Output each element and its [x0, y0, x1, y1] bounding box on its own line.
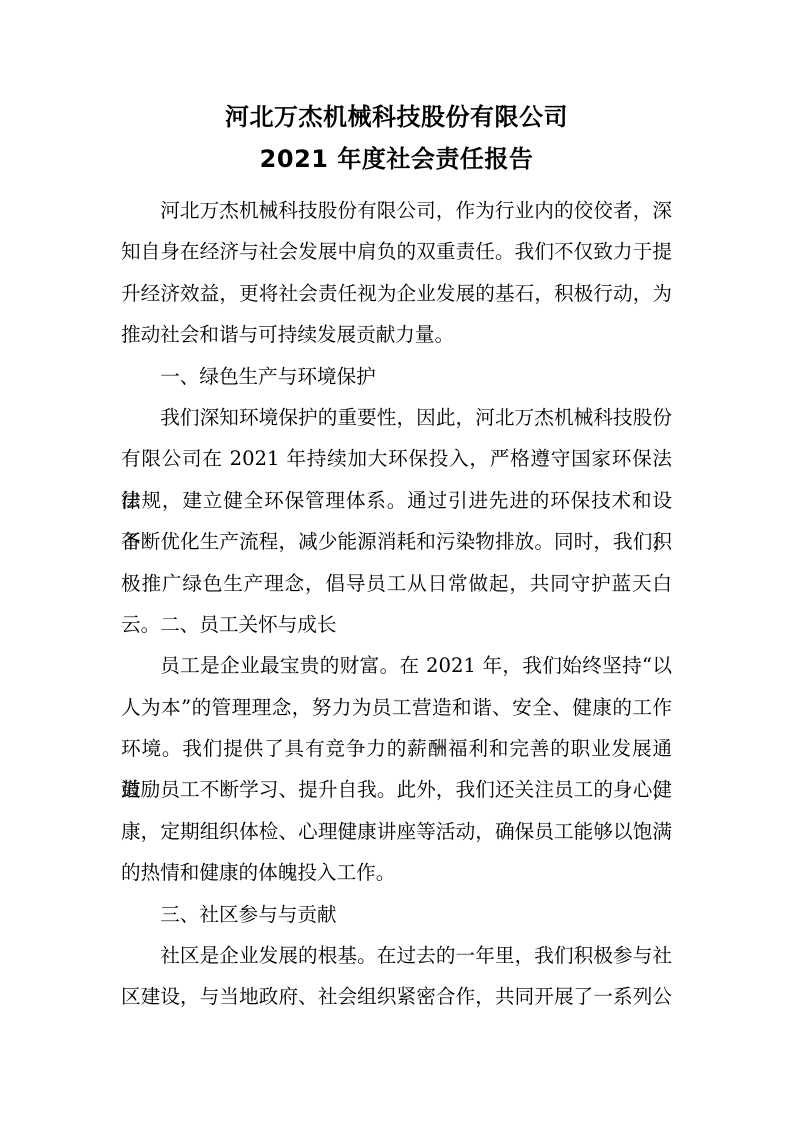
- report-title: 河北万杰机械科技股份有限公司: [121, 96, 672, 138]
- section-heading: 一、绿色生产与环境保护: [121, 356, 672, 397]
- body-line: 员工是企业最宝贵的财富。在 2021 年，我们始终坚持“以: [121, 645, 672, 686]
- body-line: 人为本”的管理理念，努力为员工营造和谐、安全、健康的工作: [121, 687, 672, 728]
- section-heading: 二、员工关怀与成长: [121, 604, 672, 645]
- body-line: 有限公司在 2021 年持续加大环保投入，严格遵守国家环保法律: [121, 438, 672, 479]
- body-line: 鼓励员工不断学习、提升自我。此外，我们还关注员工的身心健: [121, 769, 672, 810]
- body-line: 推动社会和谐与可持续发展贡献力量。: [121, 314, 672, 355]
- body-line: 河北万杰机械科技股份有限公司，作为行业内的佼佼者，深: [121, 190, 672, 231]
- body-line: 不断优化生产流程，减少能源消耗和污染物排放。同时，我们积: [121, 521, 672, 562]
- body-line: 知自身在经济与社会发展中肩负的双重责任。我们不仅致力于提: [121, 231, 672, 272]
- body-line: 法规，建立健全环保管理体系。通过引进先进的环保技术和设备，: [121, 480, 672, 521]
- body-line: 环境。我们提供了具有竞争力的薪酬福利和完善的职业发展通道，: [121, 728, 672, 769]
- body-line: 我们深知环境保护的重要性，因此，河北万杰机械科技股份: [121, 397, 672, 438]
- report-subtitle: 2021 年度社会责任报告: [121, 138, 672, 180]
- section-heading: 三、社区参与与贡献: [121, 894, 672, 935]
- body-line: 极推广绿色生产理念，倡导员工从日常做起，共同守护蓝天白云。: [121, 563, 672, 604]
- body-line: 社区是企业发展的根基。在过去的一年里，我们积极参与社: [121, 935, 672, 976]
- body-line: 区建设，与当地政府、社会组织紧密合作，共同开展了一系列公: [121, 976, 672, 1017]
- body-line: 的热情和健康的体魄投入工作。: [121, 852, 672, 893]
- report-page: 河北万杰机械科技股份有限公司 2021 年度社会责任报告 河北万杰机械科技股份有…: [0, 0, 793, 1122]
- body-line: 升经济效益，更将社会责任视为企业发展的基石，积极行动，为: [121, 273, 672, 314]
- report-body: 河北万杰机械科技股份有限公司，作为行业内的佼佼者，深知自身在经济与社会发展中肩负…: [121, 190, 672, 1018]
- body-line: 康，定期组织体检、心理健康讲座等活动，确保员工能够以饱满: [121, 811, 672, 852]
